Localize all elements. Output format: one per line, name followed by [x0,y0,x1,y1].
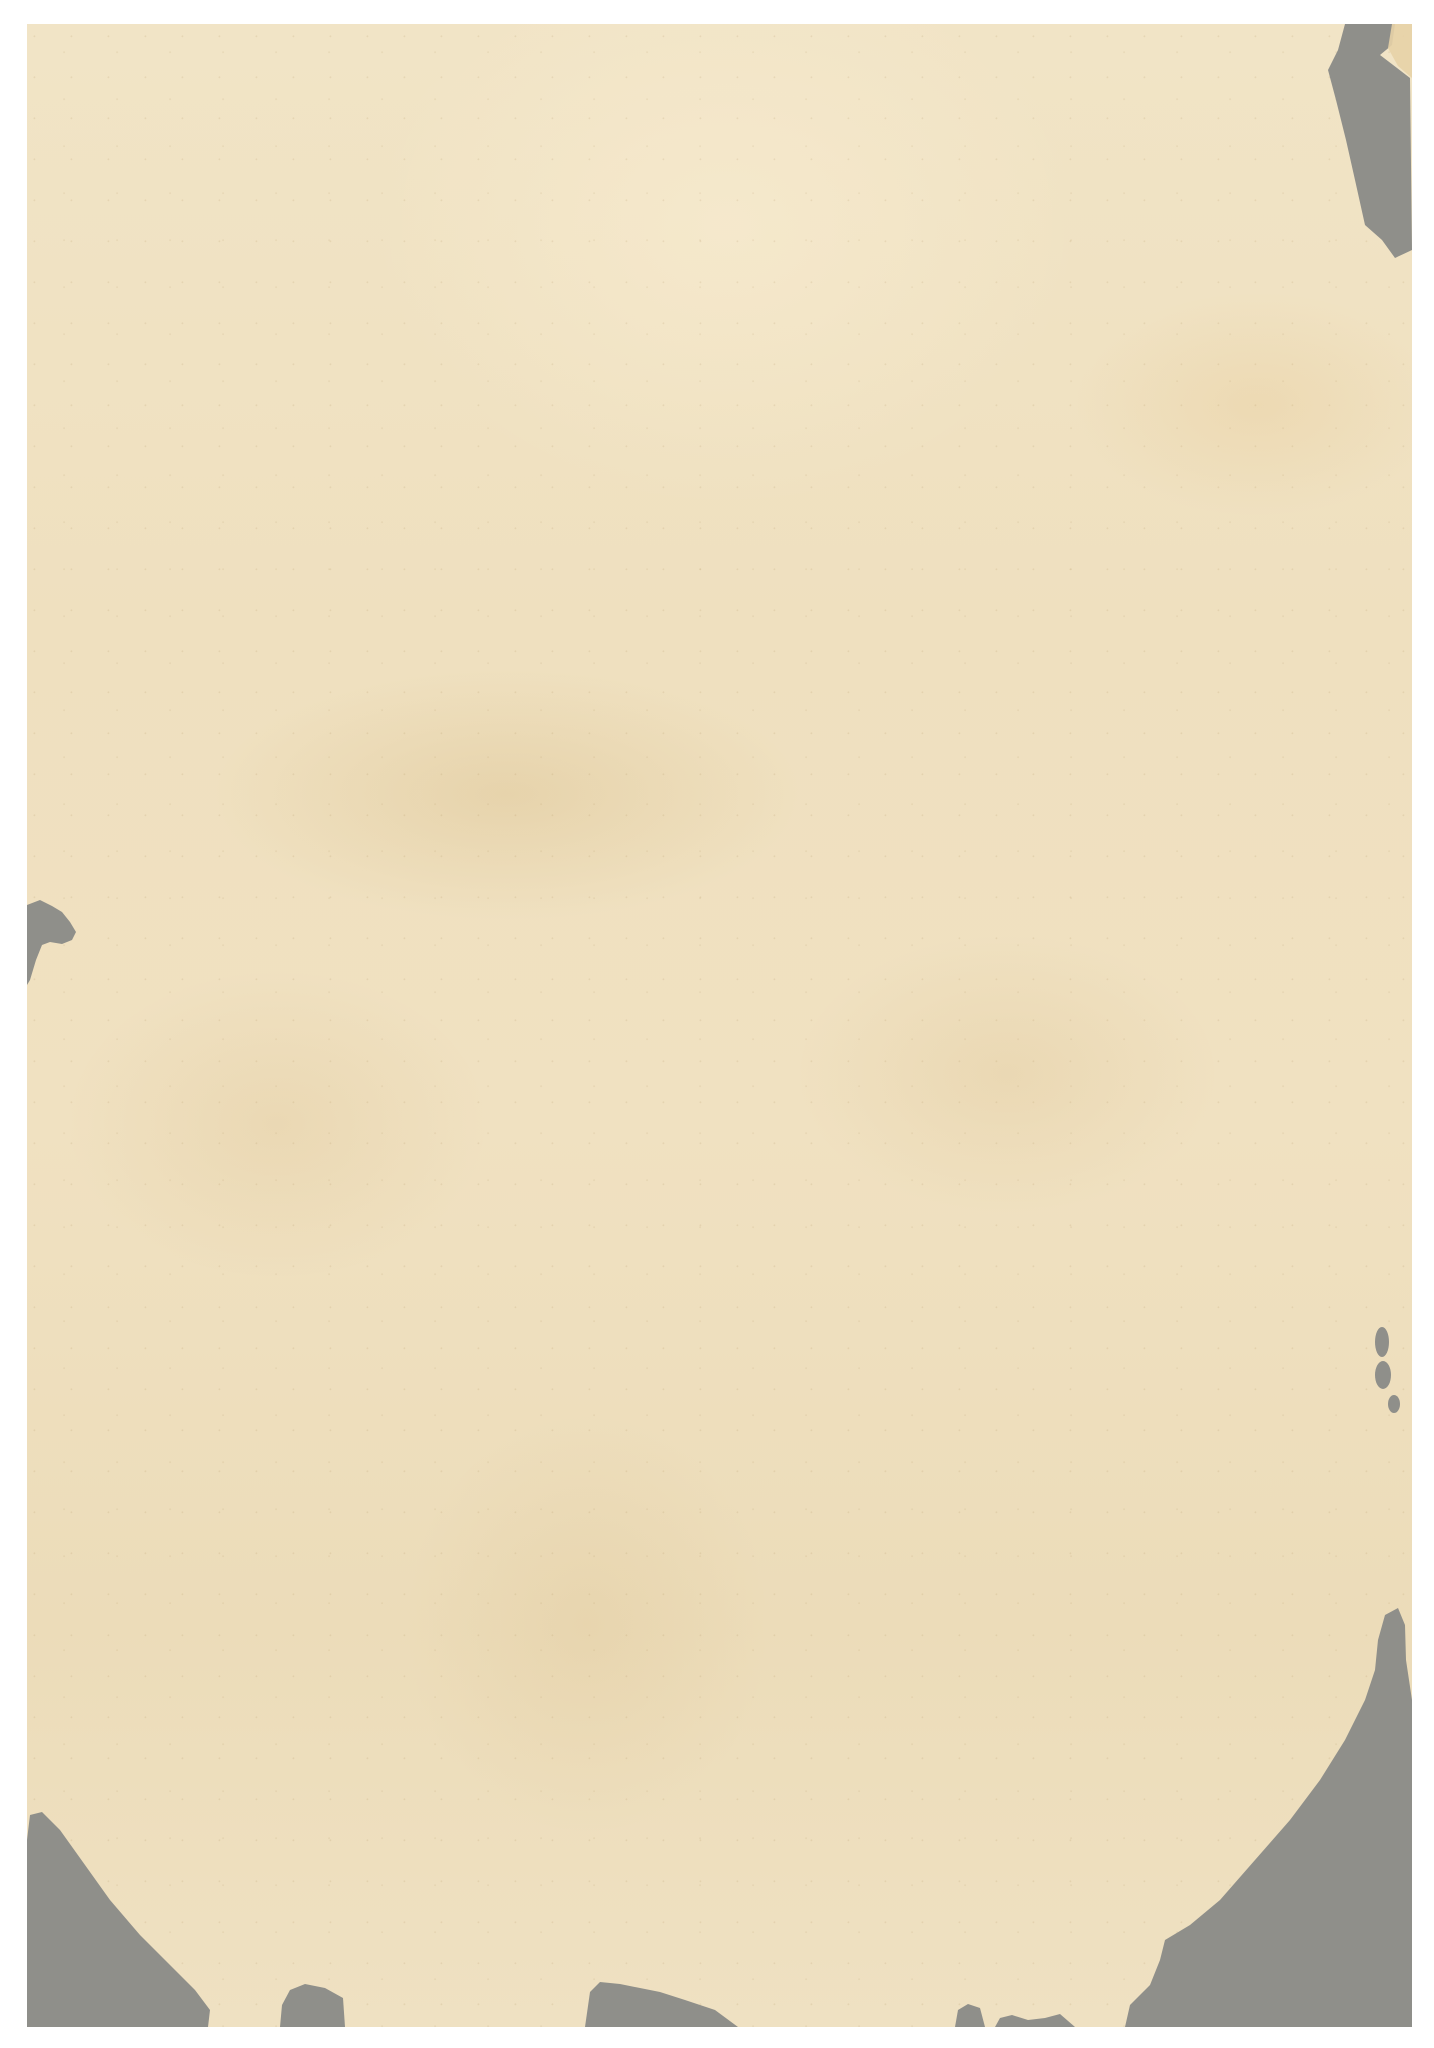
paper-sheet [27,24,1412,2027]
scan-background [0,0,1434,2048]
